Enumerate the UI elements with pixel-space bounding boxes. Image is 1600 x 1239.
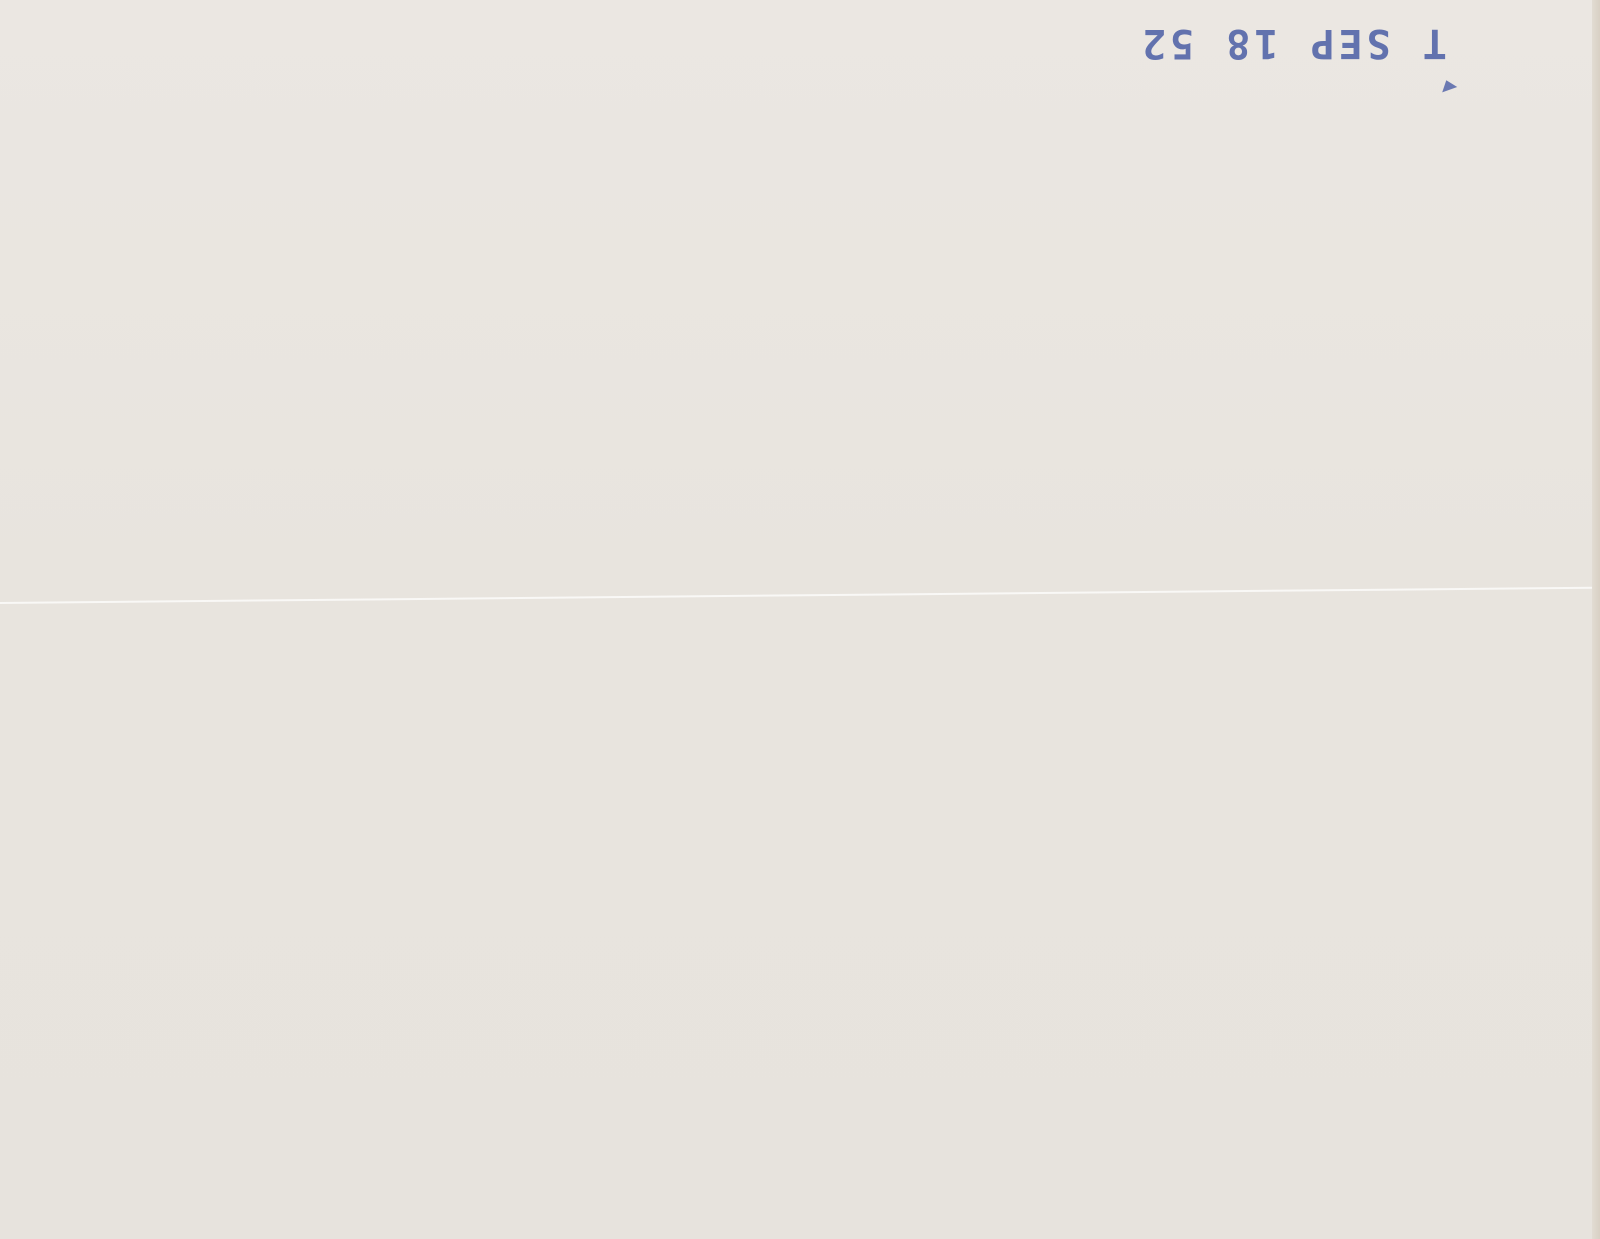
date-stamp: T SEP 18 52 bbox=[1138, 20, 1447, 66]
fold-crease bbox=[0, 587, 1594, 604]
stamp-mark-icon bbox=[1439, 78, 1457, 93]
paper-edge bbox=[1592, 0, 1600, 1239]
paper-back: T SEP 18 52 bbox=[0, 0, 1594, 1239]
